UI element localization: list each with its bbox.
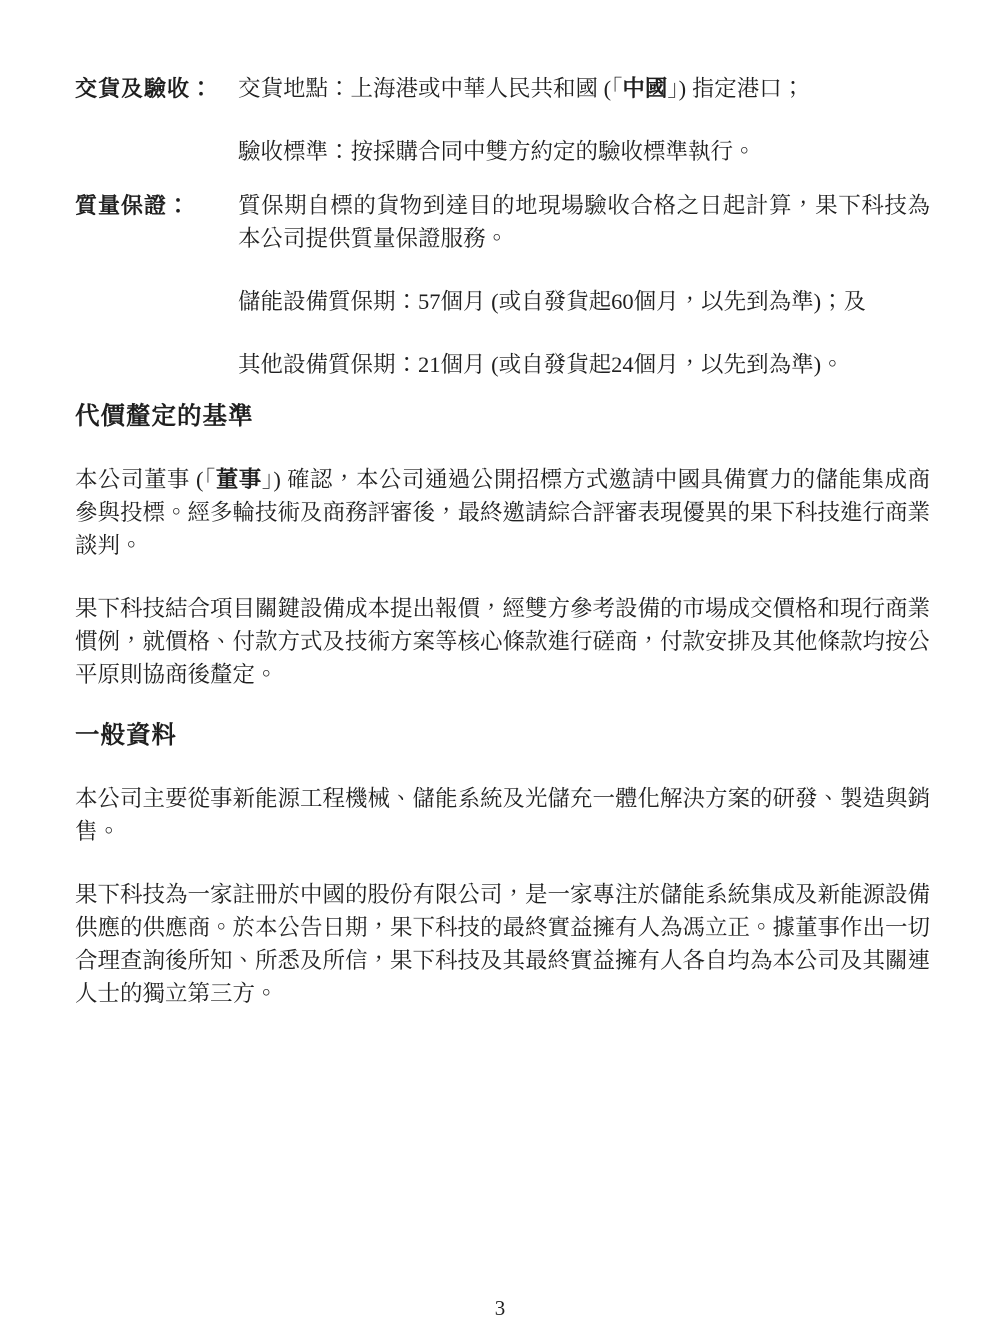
section-body: 本公司主要從事新能源工程機械、儲能系統及光儲充一體化解決方案的研發、製造與銷售。…: [75, 782, 930, 1010]
text-run: 儲能設備質保期：57個月 (或自發貨起60個月，以先到為準)；及: [238, 289, 866, 314]
section: 代價釐定的基準 本公司董事 (「董事」) 確認，本公司通過公開招標方式邀請中國具…: [75, 402, 930, 691]
page-footer: 3: [0, 1292, 1000, 1325]
term-content: 交貨地點：上海港或中華人民共和國 (「中國」) 指定港口；驗收標準：按採購合同中…: [238, 72, 930, 168]
text-run: 本公司董事 (「: [75, 467, 216, 492]
section-body: 本公司董事 (「董事」) 確認，本公司通過公開招標方式邀請中國具備實力的儲能集成…: [75, 463, 930, 691]
term-content: 質保期自標的貨物到達目的地現場驗收合格之日起計算，果下科技為本公司提供質量保證服…: [238, 189, 930, 381]
text-run: 質保期自標的貨物到達目的地現場驗收合格之日起計算，果下科技為本公司提供質量保證服…: [238, 193, 930, 251]
paragraph: 質保期自標的貨物到達目的地現場驗收合格之日起計算，果下科技為本公司提供質量保證服…: [238, 189, 930, 255]
text-run: 果下科技為一家註冊於中國的股份有限公司，是一家專注於儲能系統集成及新能源設備供應…: [75, 882, 930, 1006]
bold-run: 中國: [622, 76, 667, 101]
paragraph: 本公司董事 (「董事」) 確認，本公司通過公開招標方式邀請中國具備實力的儲能集成…: [75, 463, 930, 562]
paragraph: 其他設備質保期：21個月 (或自發貨起24個月，以先到為準)。: [238, 348, 930, 381]
term-label: 質量保證：: [75, 189, 238, 222]
text-run: 果下科技結合項目關鍵設備成本提出報價，經雙方參考設備的市場成交價格和現行商業慣例…: [75, 596, 930, 687]
paragraph: 果下科技為一家註冊於中國的股份有限公司，是一家專注於儲能系統集成及新能源設備供應…: [75, 878, 930, 1010]
text-run: 本公司主要從事新能源工程機械、儲能系統及光儲充一體化解決方案的研發、製造與銷售。: [75, 786, 930, 844]
bold-run: 董事: [216, 467, 262, 492]
section-heading: 代價釐定的基準: [75, 402, 930, 432]
text-run: 交貨地點：上海港或中華人民共和國 (「: [238, 76, 622, 101]
paragraph: 交貨地點：上海港或中華人民共和國 (「中國」) 指定港口；: [238, 72, 930, 105]
section: 一般資料 本公司主要從事新能源工程機械、儲能系統及光儲充一體化解決方案的研發、製…: [75, 721, 930, 1010]
page-number: 3: [495, 1296, 506, 1320]
text-run: 」) 指定港口；: [667, 76, 804, 101]
section-heading: 一般資料: [75, 721, 930, 751]
paragraph: 果下科技結合項目關鍵設備成本提出報價，經雙方參考設備的市場成交價格和現行商業慣例…: [75, 592, 930, 691]
paragraph: 儲能設備質保期：57個月 (或自發貨起60個月，以先到為準)；及: [238, 285, 930, 318]
term-row: 交貨及驗收： 交貨地點：上海港或中華人民共和國 (「中國」) 指定港口；驗收標準…: [75, 72, 930, 168]
sections-block: 代價釐定的基準 本公司董事 (「董事」) 確認，本公司通過公開招標方式邀請中國具…: [75, 402, 930, 1010]
paragraph: 驗收標準：按採購合同中雙方約定的驗收標準執行。: [238, 135, 930, 168]
text-run: 其他設備質保期：21個月 (或自發貨起24個月，以先到為準)。: [238, 352, 844, 377]
terms-block: 交貨及驗收： 交貨地點：上海港或中華人民共和國 (「中國」) 指定港口；驗收標準…: [75, 72, 930, 381]
term-row: 質量保證： 質保期自標的貨物到達目的地現場驗收合格之日起計算，果下科技為本公司提…: [75, 189, 930, 381]
document-page: 交貨及驗收： 交貨地點：上海港或中華人民共和國 (「中國」) 指定港口；驗收標準…: [0, 0, 1000, 1333]
text-run: 驗收標準：按採購合同中雙方約定的驗收標準執行。: [238, 139, 756, 164]
paragraph: 本公司主要從事新能源工程機械、儲能系統及光儲充一體化解決方案的研發、製造與銷售。: [75, 782, 930, 848]
term-label: 交貨及驗收：: [75, 72, 238, 105]
